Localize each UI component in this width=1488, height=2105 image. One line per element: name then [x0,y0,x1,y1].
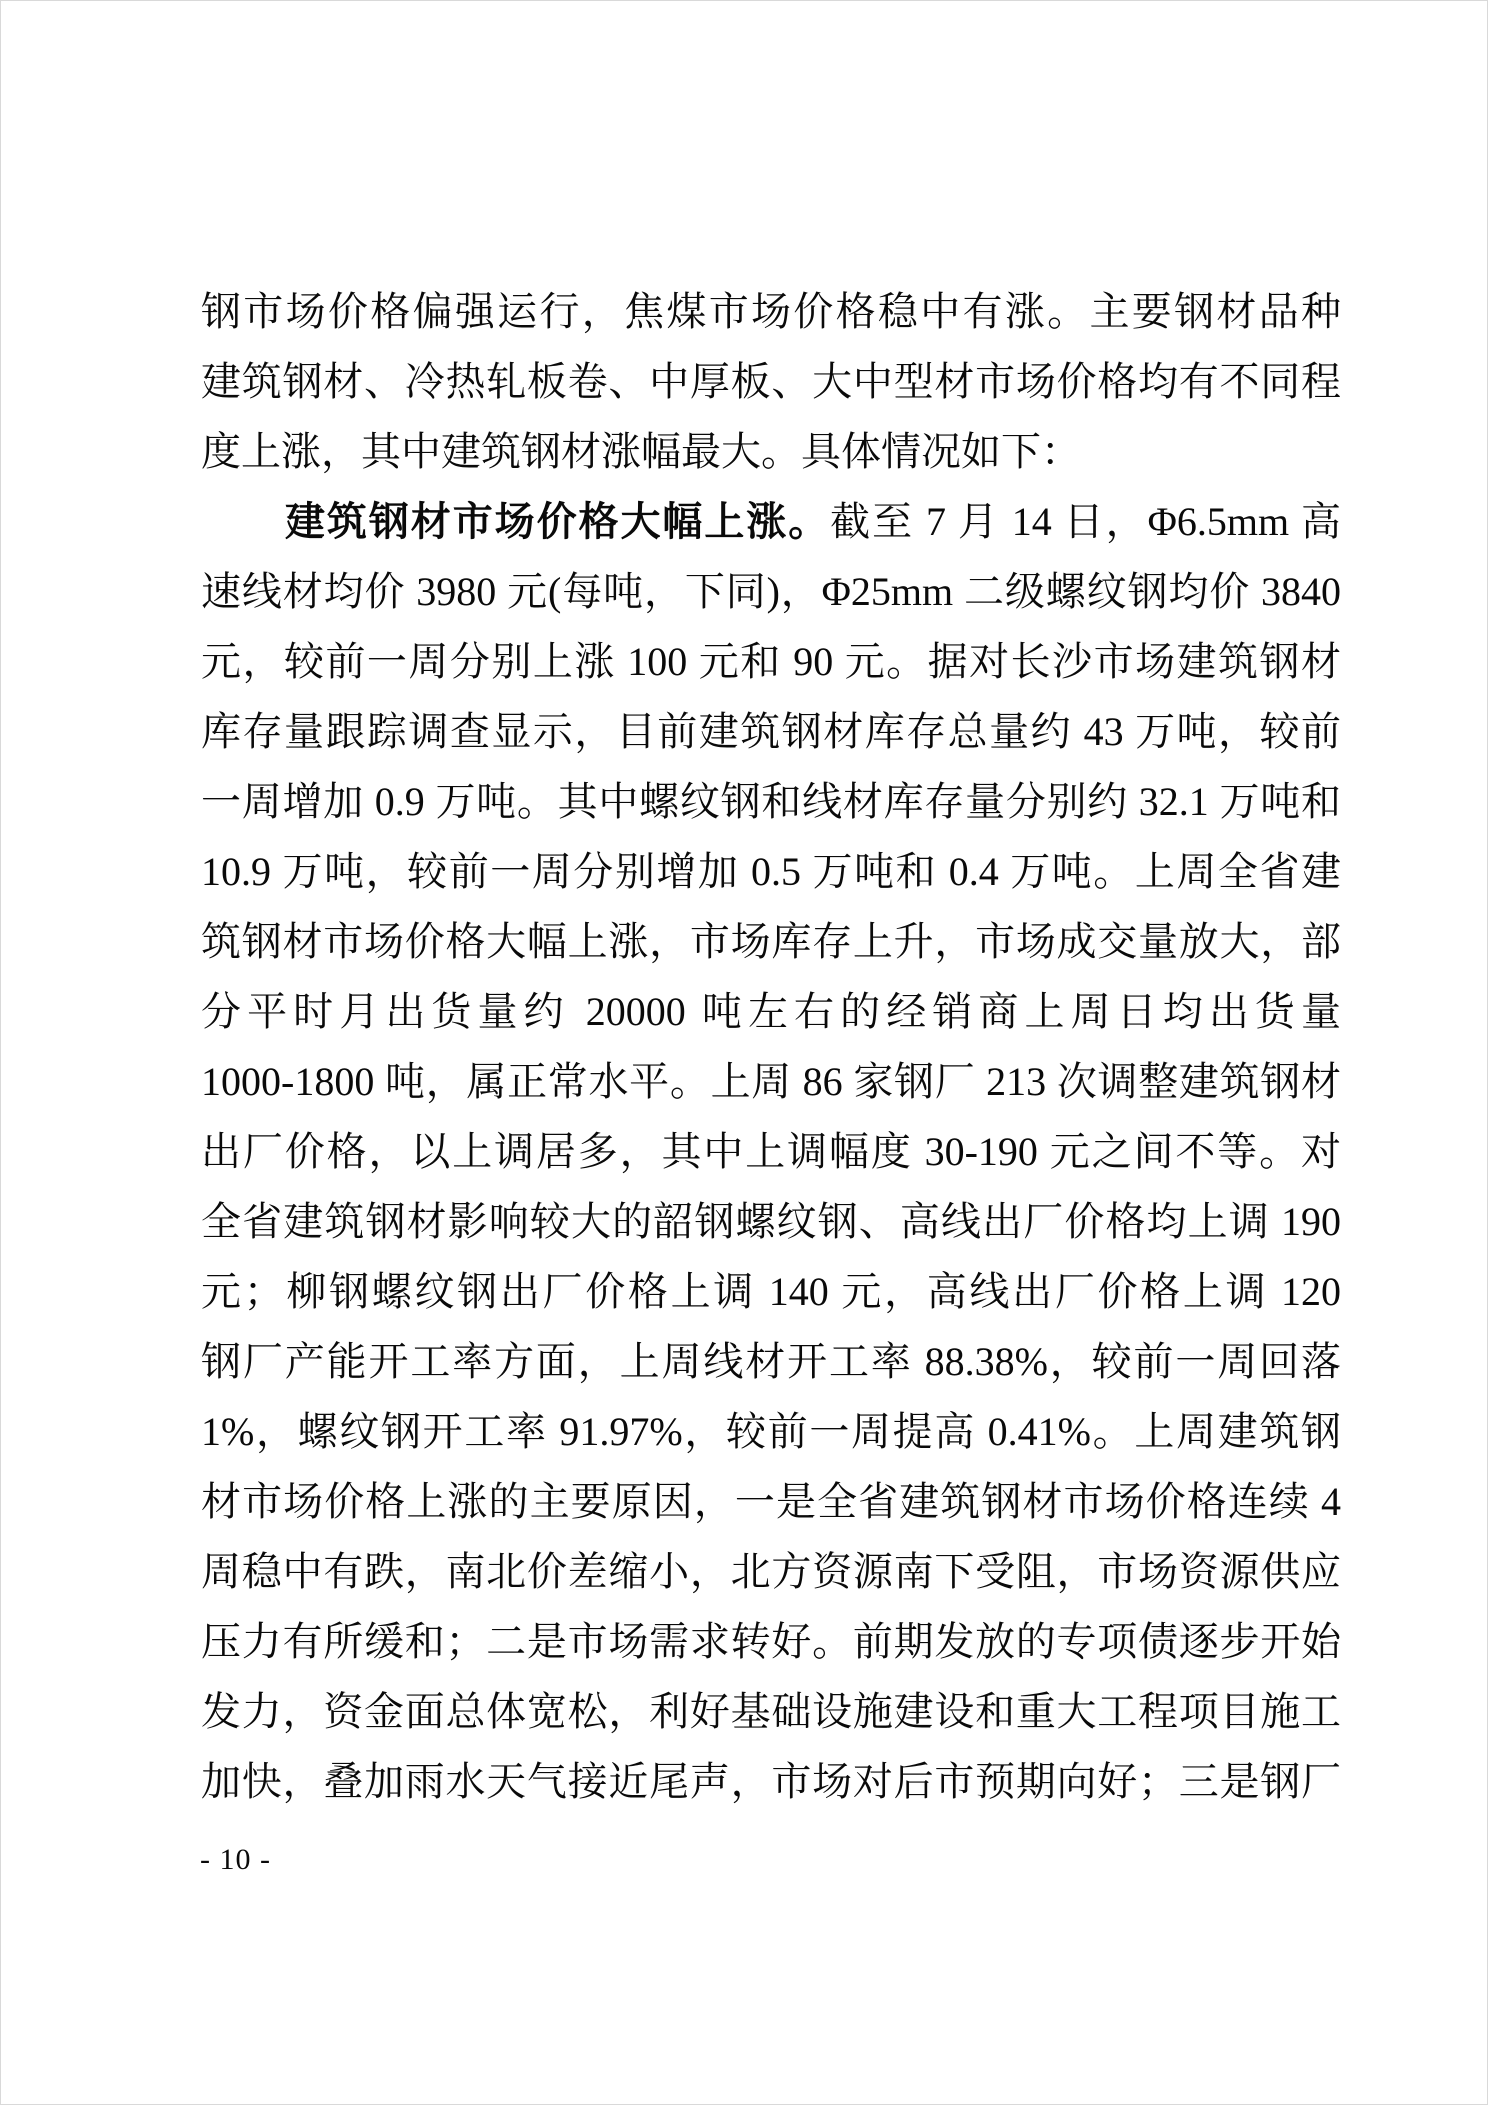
text-line: 库存量跟踪调查显示，目前建筑钢材库存总量约 43 万吨，较前 [201,697,1341,767]
text-line: 周稳中有跌，南北价差缩小，北方资源南下受阻，市场资源供应 [201,1537,1341,1607]
text-line: 出厂价格，以上调居多，其中上调幅度 30-190 元之间不等。对 [201,1117,1341,1187]
text-line: 发力，资金面总体宽松，利好基础设施建设和重大工程项目施工 [201,1677,1341,1747]
text-line: 速线材均价 3980 元(每吨，下同)，Φ25mm 二级螺纹钢均价 3840 [201,557,1341,627]
text-line: 度上涨，其中建筑钢材涨幅最大。具体情况如下： [201,417,1341,487]
text-line: 建筑钢材、冷热轧板卷、中厚板、大中型材市场价格均有不同程 [201,347,1341,417]
page-number: - 10 - [200,1841,271,1879]
text-line: 元；柳钢螺纹钢出厂价格上调 140 元，高线出厂价格上调 120 元。 [201,1257,1341,1327]
text-line: 钢厂产能开工率方面，上周线材开工率 88.38%，较前一周回落 [201,1327,1341,1397]
text-line: 钢市场价格偏强运行，焦煤市场价格稳中有涨。主要钢材品种中， [201,277,1341,347]
document-page: 钢市场价格偏强运行，焦煤市场价格稳中有涨。主要钢材品种中，建筑钢材、冷热轧板卷、… [0,0,1488,2105]
paragraph-indent [201,534,283,535]
text-line: 全省建筑钢材影响较大的韶钢螺纹钢、高线出厂价格均上调 190 [201,1187,1341,1257]
text-line: 筑钢材市场价格大幅上涨，市场库存上升，市场成交量放大，部 [201,907,1341,977]
text-line: 加快，叠加雨水天气接近尾声，市场对后市预期向好；三是钢厂 [201,1747,1341,1817]
text-line: 材市场价格上涨的主要原因，一是全省建筑钢材市场价格连续 4 [201,1467,1341,1537]
text-line: 建筑钢材市场价格大幅上涨。截至 7 月 14 日，Φ6.5mm 高 [201,487,1341,557]
document-body: 钢市场价格偏强运行，焦煤市场价格稳中有涨。主要钢材品种中，建筑钢材、冷热轧板卷、… [201,277,1341,1817]
paragraph-lead-bold: 建筑钢材市场价格大幅上涨。 [283,499,830,545]
text-line: 一周增加 0.9 万吨。其中螺纹钢和线材库存量分别约 32.1 万吨和 [201,767,1341,837]
text-line: 分平时月出货量约 20000 吨左右的经销商上周日均出货量 [201,977,1341,1047]
text-line: 10.9 万吨，较前一周分别增加 0.5 万吨和 0.4 万吨。上周全省建 [201,837,1341,907]
text-line: 1%，螺纹钢开工率 91.97%，较前一周提高 0.41%。上周建筑钢 [201,1397,1341,1467]
text-line: 1000-1800 吨，属正常水平。上周 86 家钢厂 213 次调整建筑钢材 [201,1047,1341,1117]
text-line: 压力有所缓和；二是市场需求转好。前期发放的专项债逐步开始 [201,1607,1341,1677]
text-line: 元，较前一周分别上涨 100 元和 90 元。据对长沙市场建筑钢材 [201,627,1341,697]
